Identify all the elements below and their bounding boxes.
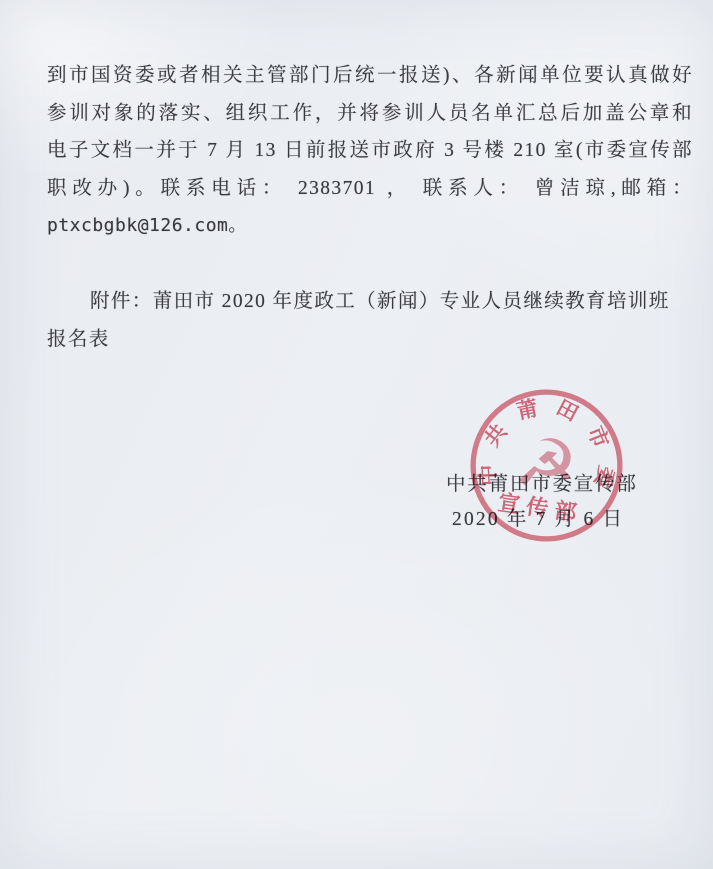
- contact-email: ptxcbgbk@126.com。: [47, 207, 693, 245]
- body-line: 职改办)。联系电话： 2383701 ， 联系人： 曾洁琼,邮箱：: [47, 170, 693, 208]
- attachment-line: 报名表: [47, 321, 693, 359]
- scanned-document-page: 到市国资委或者相关主管部门后统一报送)、各新闻单位要认真做好 参训对象的落实、组…: [0, 0, 713, 869]
- body-line: 到市国资委或者相关主管部门后统一报送)、各新闻单位要认真做好: [47, 57, 693, 95]
- attachment-note: 附件：莆田市 2020 年度政工（新闻）专业人员继续教育培训班 报名表: [47, 283, 693, 358]
- attachment-line: 附件：莆田市 2020 年度政工（新闻）专业人员继续教育培训班: [47, 283, 693, 321]
- body-paragraph: 到市国资委或者相关主管部门后统一报送)、各新闻单位要认真做好 参训对象的落实、组…: [47, 57, 693, 245]
- body-line: 参训对象的落实、组织工作，并将参训人员名单汇总后加盖公章和: [47, 95, 693, 133]
- body-line: 电子文档一并于 7 月 13 日前报送市政府 3 号楼 210 室(市委宣传部: [47, 132, 693, 170]
- official-seal: 中共莆田市委 ☭ 宣传部: [463, 384, 630, 547]
